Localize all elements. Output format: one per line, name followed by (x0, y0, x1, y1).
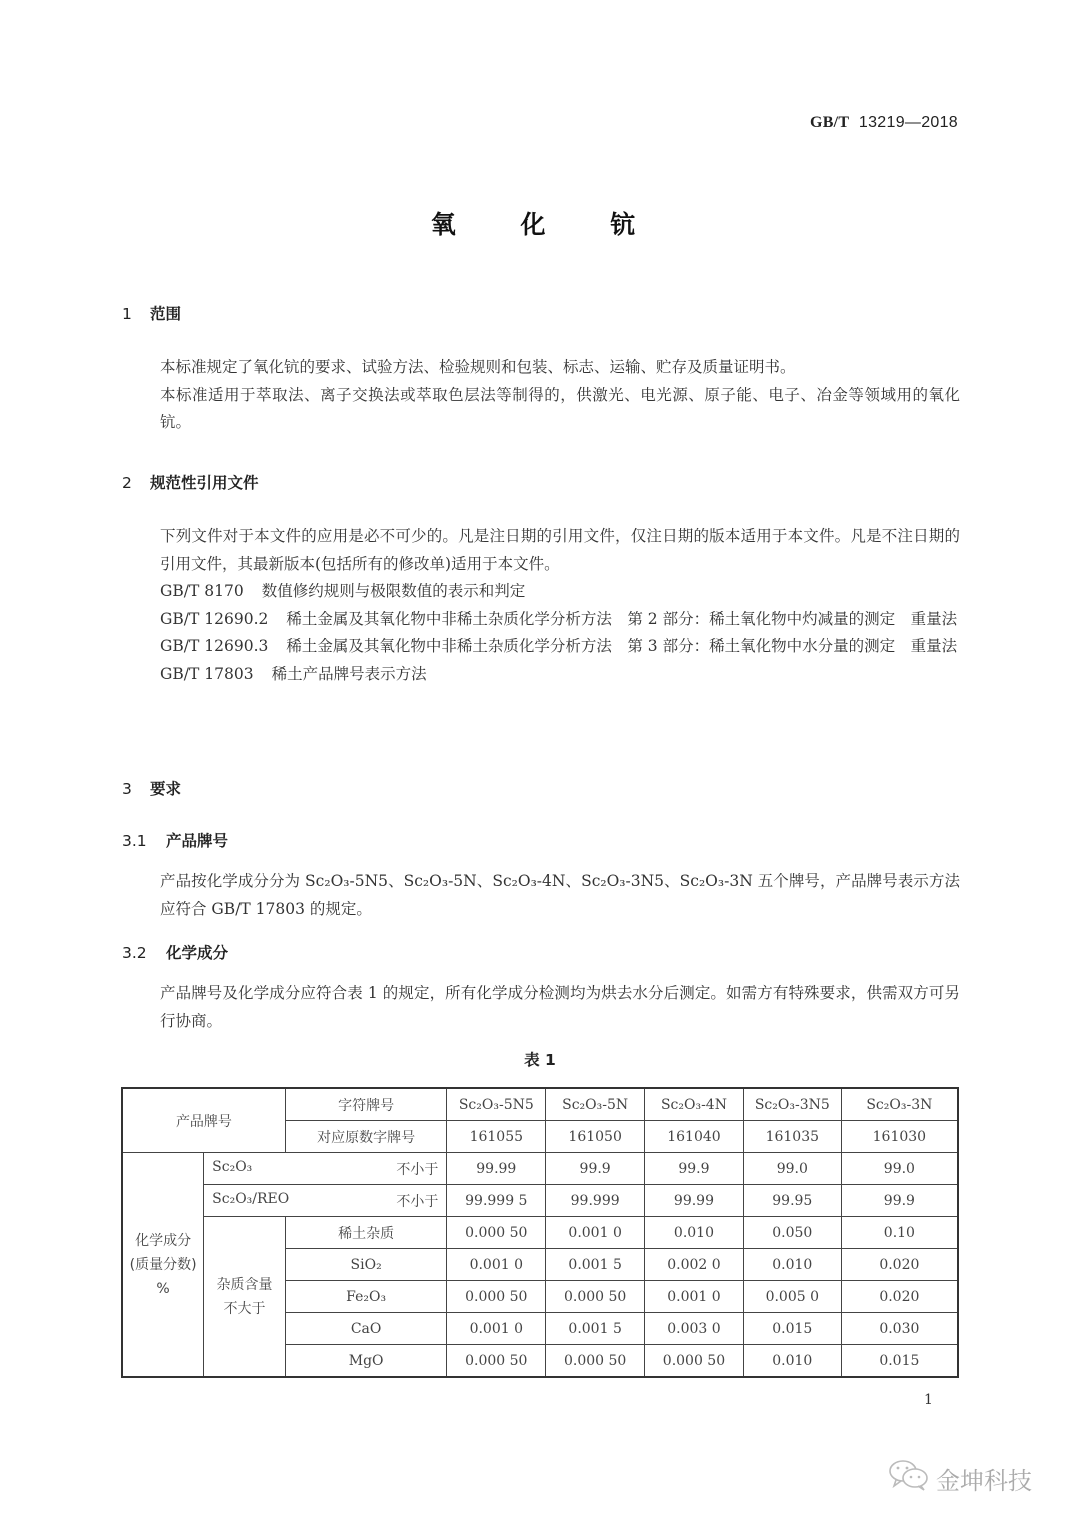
value-cell: 0.020 (841, 1281, 958, 1313)
section-3-2-heading: 3.2化学成分 (122, 941, 228, 963)
impurity-name: SiO₂ (285, 1249, 447, 1281)
standard-code: 13219—2018 (859, 114, 958, 131)
value-cell: 0.000 50 (546, 1281, 645, 1313)
impurity-name: Fe₂O₃ (285, 1281, 447, 1313)
grade-cell: Sc₂O₃-5N5 (447, 1088, 546, 1121)
value-cell: 0.001 5 (546, 1313, 645, 1345)
reference-item: GB/T 12690.3稀土金属及其氧化物中非稀土杂质化学分析方法 第 3 部分… (122, 633, 960, 661)
section-3-1-heading: 3.1产品牌号 (122, 829, 228, 851)
main-component-cell: Sc₂O₃/REO 不小于 (204, 1185, 447, 1217)
grade-cell: Sc₂O₃-5N (546, 1088, 645, 1121)
page-number: 1 (924, 1392, 933, 1408)
value-cell: 0.10 (841, 1217, 958, 1249)
section-3-heading: 3要求 (122, 777, 181, 799)
value-cell: 0.010 (743, 1345, 841, 1378)
value-cell: 99.9 (645, 1153, 744, 1185)
reference-item: GB/T 12690.2稀土金属及其氧化物中非稀土杂质化学分析方法 第 2 部分… (122, 606, 960, 634)
impurity-name: MgO (285, 1345, 447, 1378)
value-cell: 99.999 (546, 1185, 645, 1217)
value-cell: 0.000 50 (447, 1345, 546, 1378)
table-row: 化学成分 (质量分数) % Sc₂O₃ 不小于 99.99 99.9 99.9 … (122, 1153, 958, 1185)
value-cell: 99.999 5 (447, 1185, 546, 1217)
char-grade-label: 字符牌号 (285, 1088, 447, 1121)
value-cell: 0.000 50 (447, 1217, 546, 1249)
impurity-name: CaO (285, 1313, 447, 1345)
table-row: 产品牌号 字符牌号 Sc₂O₃-5N5 Sc₂O₃-5N Sc₂O₃-4N Sc… (122, 1088, 958, 1121)
value-cell: 99.0 (743, 1153, 841, 1185)
wechat-icon (888, 1458, 936, 1498)
grade-cell: Sc₂O₃-3N (841, 1088, 958, 1121)
impurity-label: 杂质含量 不大于 (204, 1217, 286, 1378)
value-cell: 0.050 (743, 1217, 841, 1249)
table-row: Sc₂O₃/REO 不小于 99.999 5 99.999 99.99 99.9… (122, 1185, 958, 1217)
main-component-cell: Sc₂O₃ 不小于 (204, 1153, 447, 1185)
value-cell: 0.030 (841, 1313, 958, 1345)
value-cell: 0.003 0 (645, 1313, 744, 1345)
value-cell: 0.000 50 (645, 1345, 744, 1378)
section-3-2-body: 产品牌号及化学成分应符合表 1 的规定，所有化学成分检测均为烘去水分后测定。如需… (122, 980, 960, 1035)
value-cell: 99.99 (645, 1185, 744, 1217)
num-grade-cell: 161050 (546, 1121, 645, 1153)
value-cell: 0.001 0 (546, 1217, 645, 1249)
chemical-composition-table: 产品牌号 字符牌号 Sc₂O₃-5N5 Sc₂O₃-5N Sc₂O₃-4N Sc… (121, 1087, 959, 1378)
watermark: 金坤科技 (888, 1458, 1032, 1498)
value-cell: 0.015 (743, 1313, 841, 1345)
value-cell: 99.99 (447, 1153, 546, 1185)
section-2-intro: 下列文件对于本文件的应用是必不可少的。凡是注日期的引用文件，仅注日期的版本适用于… (122, 523, 960, 578)
reference-item: GB/T 8170数值修约规则与极限数值的表示和判定 (122, 578, 960, 606)
document-title: 氧 化 钪 (0, 205, 1080, 241)
grade-cell: Sc₂O₃-4N (645, 1088, 744, 1121)
section-1-body: 本标准规定了氧化钪的要求、试验方法、检验规则和包装、标志、运输、贮存及质量证明书… (122, 354, 960, 437)
value-cell: 0.001 0 (645, 1281, 744, 1313)
reference-item: GB/T 17803稀土产品牌号表示方法 (122, 661, 960, 689)
value-cell: 99.95 (743, 1185, 841, 1217)
table-caption: 表 1 (0, 1048, 1080, 1070)
value-cell: 0.001 0 (447, 1249, 546, 1281)
value-cell: 0.010 (645, 1217, 744, 1249)
value-cell: 99.9 (546, 1153, 645, 1185)
value-cell: 0.000 50 (546, 1345, 645, 1378)
paragraph: 本标准规定了氧化钪的要求、试验方法、检验规则和包装、标志、运输、贮存及质量证明书… (122, 354, 960, 382)
value-cell: 0.005 0 (743, 1281, 841, 1313)
value-cell: 0.020 (841, 1249, 958, 1281)
num-grade-cell: 161030 (841, 1121, 958, 1153)
table-row: 杂质含量 不大于 稀土杂质 0.000 50 0.001 0 0.010 0.0… (122, 1217, 958, 1249)
value-cell: 0.001 0 (447, 1313, 546, 1345)
impurity-name: 稀土杂质 (285, 1217, 447, 1249)
section-1-heading: 1范围 (122, 302, 181, 324)
standard-number: GB/T 13219—2018 (810, 114, 958, 132)
num-grade-cell: 161035 (743, 1121, 841, 1153)
paragraph: 本标准适用于萃取法、离子交换法或萃取色层法等制得的，供激光、电光源、原子能、电子… (122, 382, 960, 437)
watermark-text: 金坤科技 (936, 1461, 1032, 1496)
value-cell: 0.002 0 (645, 1249, 744, 1281)
section-2-heading: 2规范性引用文件 (122, 471, 259, 493)
value-cell: 0.001 5 (546, 1249, 645, 1281)
num-grade-cell: 161055 (447, 1121, 546, 1153)
value-cell: 0.000 50 (447, 1281, 546, 1313)
value-cell: 99.0 (841, 1153, 958, 1185)
product-grade-label: 产品牌号 (122, 1088, 285, 1153)
value-cell: 99.9 (841, 1185, 958, 1217)
chem-composition-label: 化学成分 (质量分数) % (122, 1153, 204, 1378)
normative-references: GB/T 8170数值修约规则与极限数值的表示和判定 GB/T 12690.2稀… (122, 578, 960, 688)
standard-prefix: GB/T (810, 114, 849, 131)
num-grade-label: 对应原数字牌号 (285, 1121, 447, 1153)
value-cell: 0.015 (841, 1345, 958, 1378)
section-3-1-body: 产品按化学成分分为 Sc₂O₃-5N5、Sc₂O₃-5N、Sc₂O₃-4N、Sc… (122, 868, 960, 923)
num-grade-cell: 161040 (645, 1121, 744, 1153)
value-cell: 0.010 (743, 1249, 841, 1281)
grade-cell: Sc₂O₃-3N5 (743, 1088, 841, 1121)
